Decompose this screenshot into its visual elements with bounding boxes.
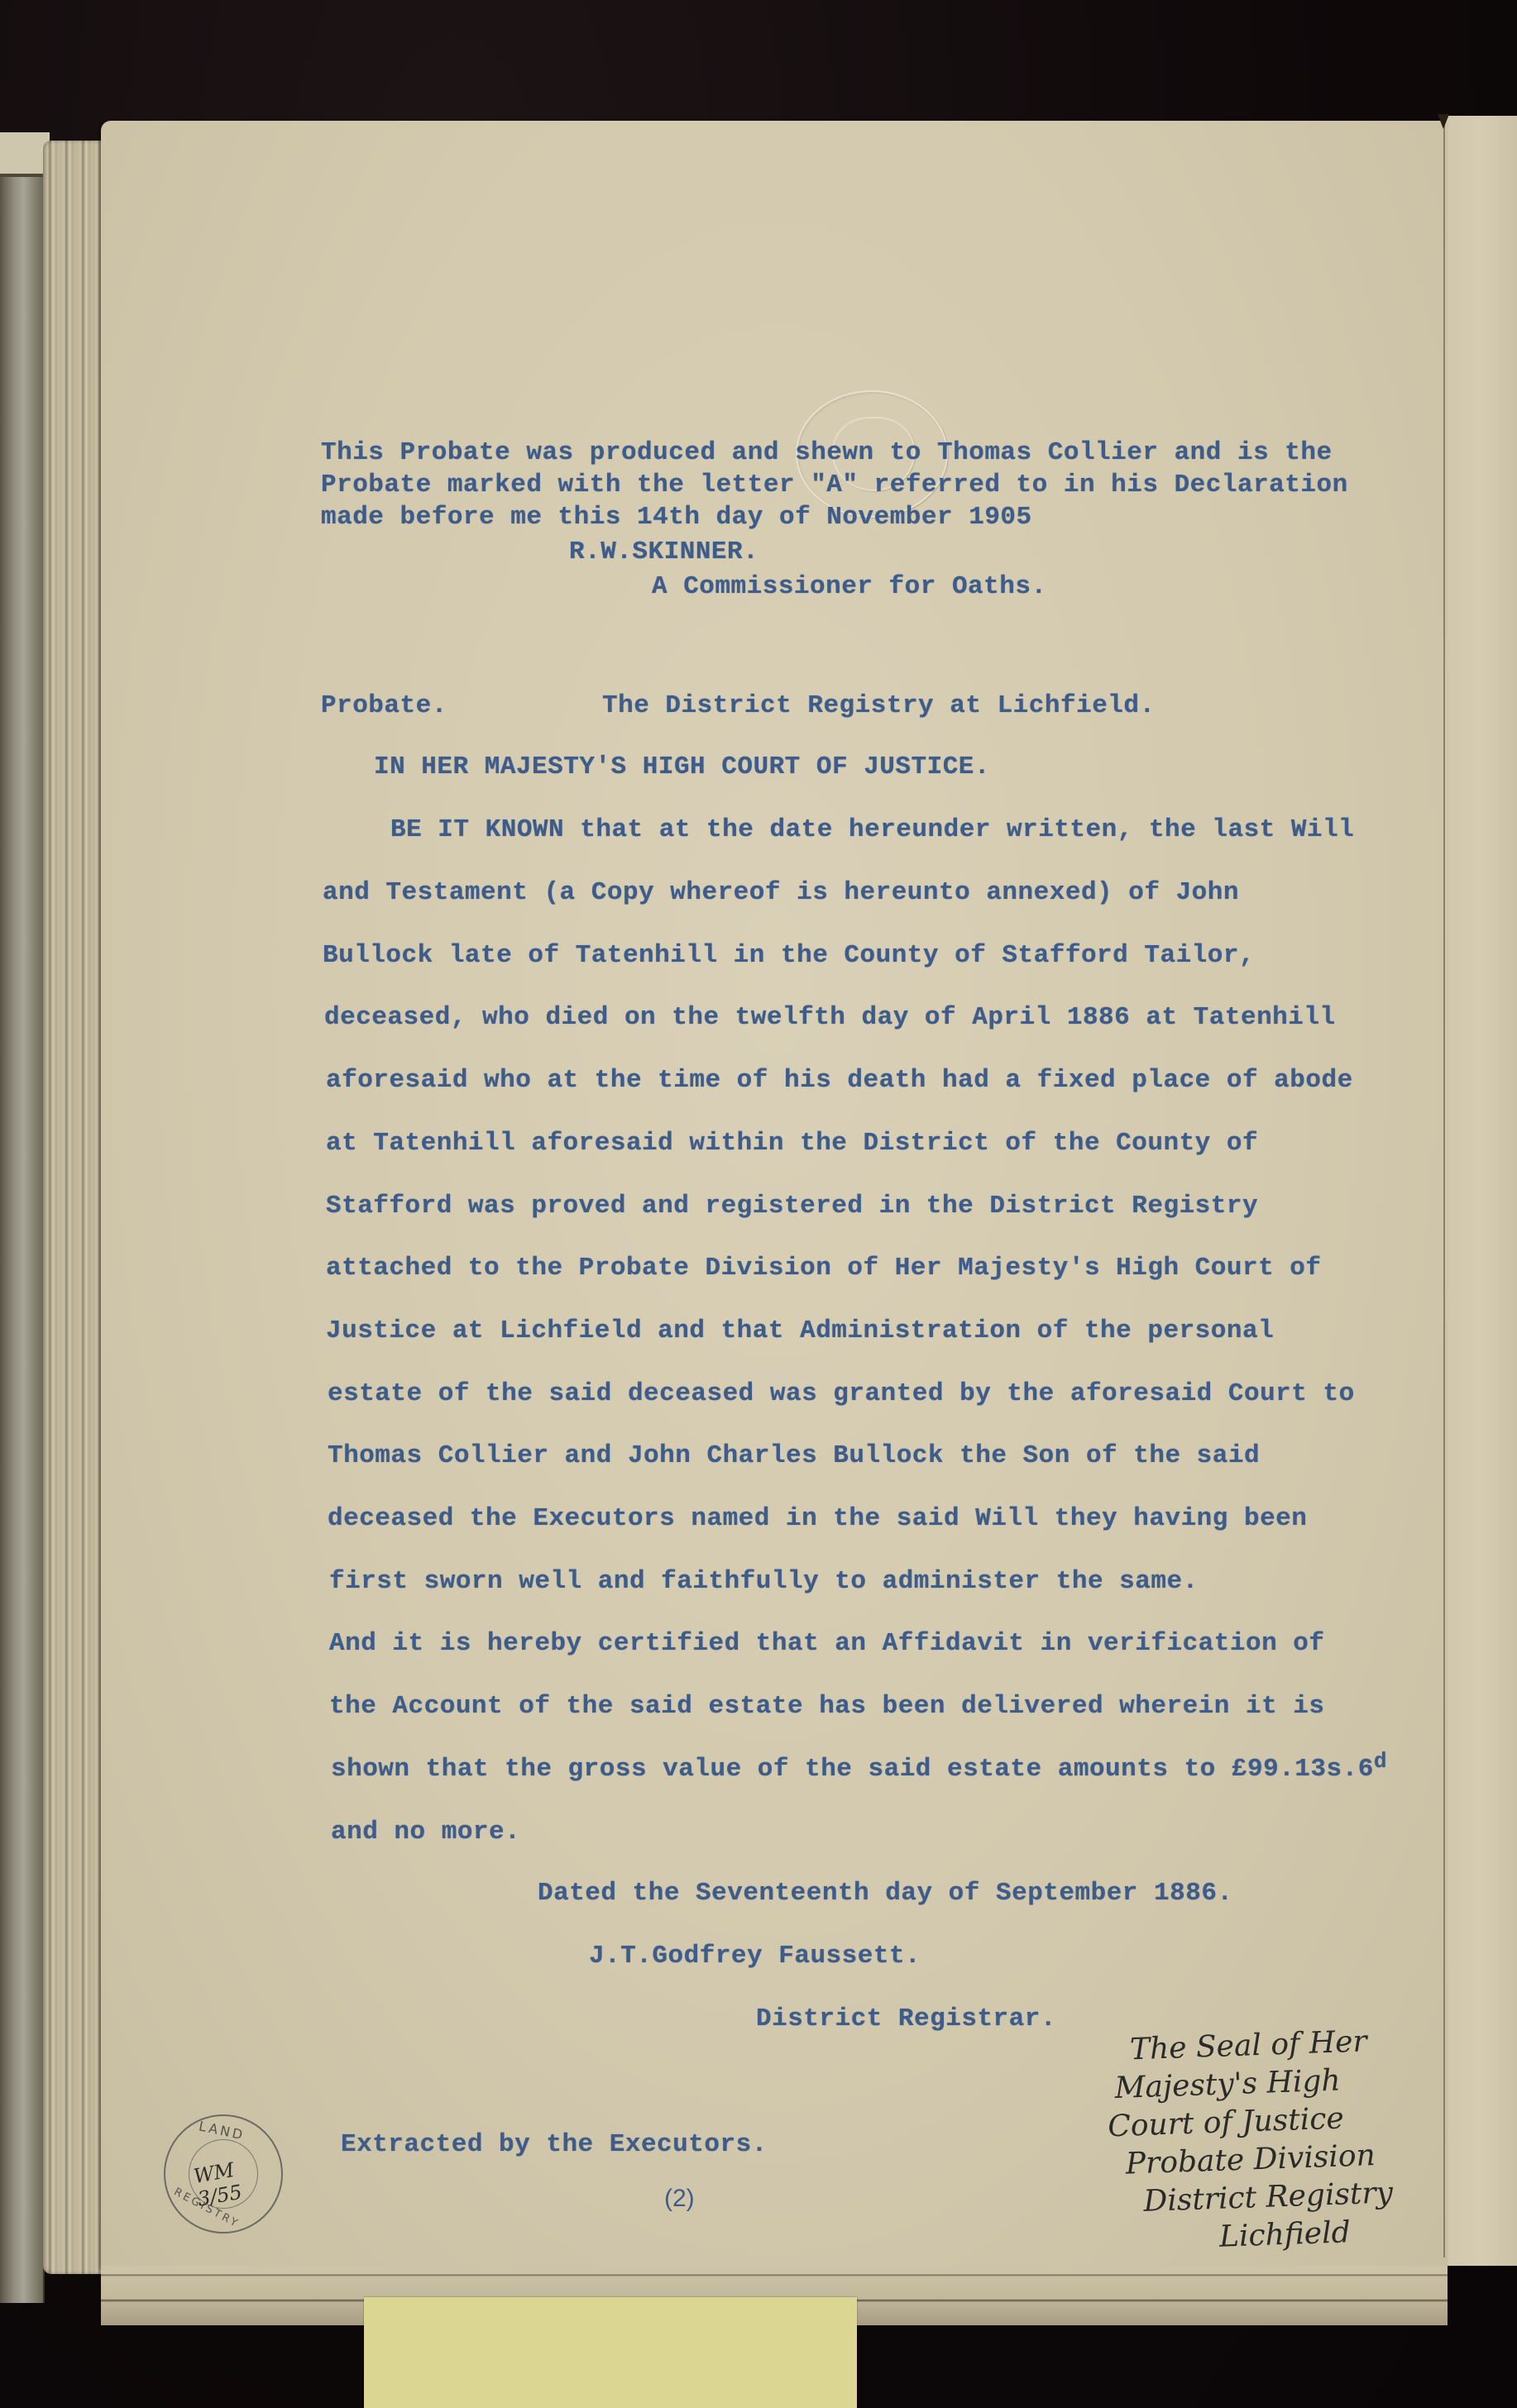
- commissioner-title: A Commissioner for Oaths.: [652, 574, 1047, 600]
- body-line-14: And it is hereby certified that an Affid…: [329, 1631, 1325, 1656]
- scanned-book-spread: This Probate was produced and shewn to T…: [0, 0, 1517, 2408]
- extracted-by: Extracted by the Executors.: [341, 2132, 768, 2157]
- land-registry-stamp: LAND REGISTRY WM 3/55: [164, 2114, 283, 2234]
- yellow-paper-tab: [364, 2297, 857, 2408]
- pence-superscript: d: [1374, 1749, 1387, 1774]
- body-line-6: at Tatenhill aforesaid within the Distri…: [326, 1130, 1258, 1156]
- handwritten-seal-note: The Seal of Her Majesty's High Court of …: [1104, 2020, 1459, 2260]
- commissioner-note-line-3: made before me this 14th day of November…: [321, 504, 1032, 530]
- heading-registry: The District Registry at Lichfield.: [602, 693, 1156, 719]
- body-line-10: estate of the said deceased was granted …: [328, 1381, 1355, 1407]
- commissioner-signatory: R.W.SKINNER.: [569, 539, 758, 565]
- page-stack-edge: [43, 141, 103, 2274]
- commissioner-note-line-1: This Probate was produced and shewn to T…: [321, 440, 1333, 466]
- heading-probate: Probate.: [321, 693, 447, 719]
- court-title: IN HER MAJESTY'S HIGH COURT OF JUSTICE.: [374, 754, 990, 780]
- dated-line: Dated the Seventeenth day of September 1…: [538, 1880, 1233, 1906]
- body-line-1: BE IT KNOWN that at the date hereunder w…: [390, 817, 1354, 843]
- body-line-11: Thomas Collier and John Charles Bullock …: [328, 1443, 1260, 1469]
- registrar-title: District Registrar.: [756, 2006, 1056, 2032]
- body-line-17: and no more.: [331, 1819, 520, 1845]
- page-fold-line: [1443, 124, 1445, 2257]
- body-line-3: Bullock late of Tatenhill in the County …: [323, 943, 1255, 968]
- body-line-7: Stafford was proved and registered in th…: [326, 1193, 1258, 1219]
- registrar-name: J.T.Godfrey Faussett.: [589, 1943, 921, 1969]
- binding-corner: [0, 132, 50, 177]
- body-line-8: attached to the Probate Division of Her …: [326, 1255, 1322, 1281]
- body-line-4: deceased, who died on the twelfth day of…: [324, 1005, 1336, 1030]
- body-line-15: the Account of the said estate has been …: [329, 1694, 1325, 1719]
- body-line-5: aforesaid who at the time of his death h…: [326, 1068, 1353, 1093]
- book-binding: [0, 136, 45, 2303]
- body-line-12: deceased the Executors named in the said…: [328, 1506, 1307, 1531]
- facing-page-edge: [1446, 116, 1517, 2266]
- body-line-9: Justice at Lichfield and that Administra…: [326, 1318, 1274, 1344]
- gross-value-text: shown that the gross value of the said e…: [331, 1755, 1374, 1784]
- commissioner-note-line-2: Probate marked with the letter "A" refer…: [321, 472, 1348, 498]
- body-line-16-gross-value: shown that the gross value of the said e…: [331, 1756, 1387, 1782]
- body-line-13: first sworn well and faithfully to admin…: [329, 1569, 1199, 1594]
- page-number: (2): [664, 2185, 695, 2213]
- document-page: This Probate was produced and shewn to T…: [101, 121, 1448, 2271]
- body-line-2: and Testament (a Copy whereof is hereunt…: [323, 880, 1239, 905]
